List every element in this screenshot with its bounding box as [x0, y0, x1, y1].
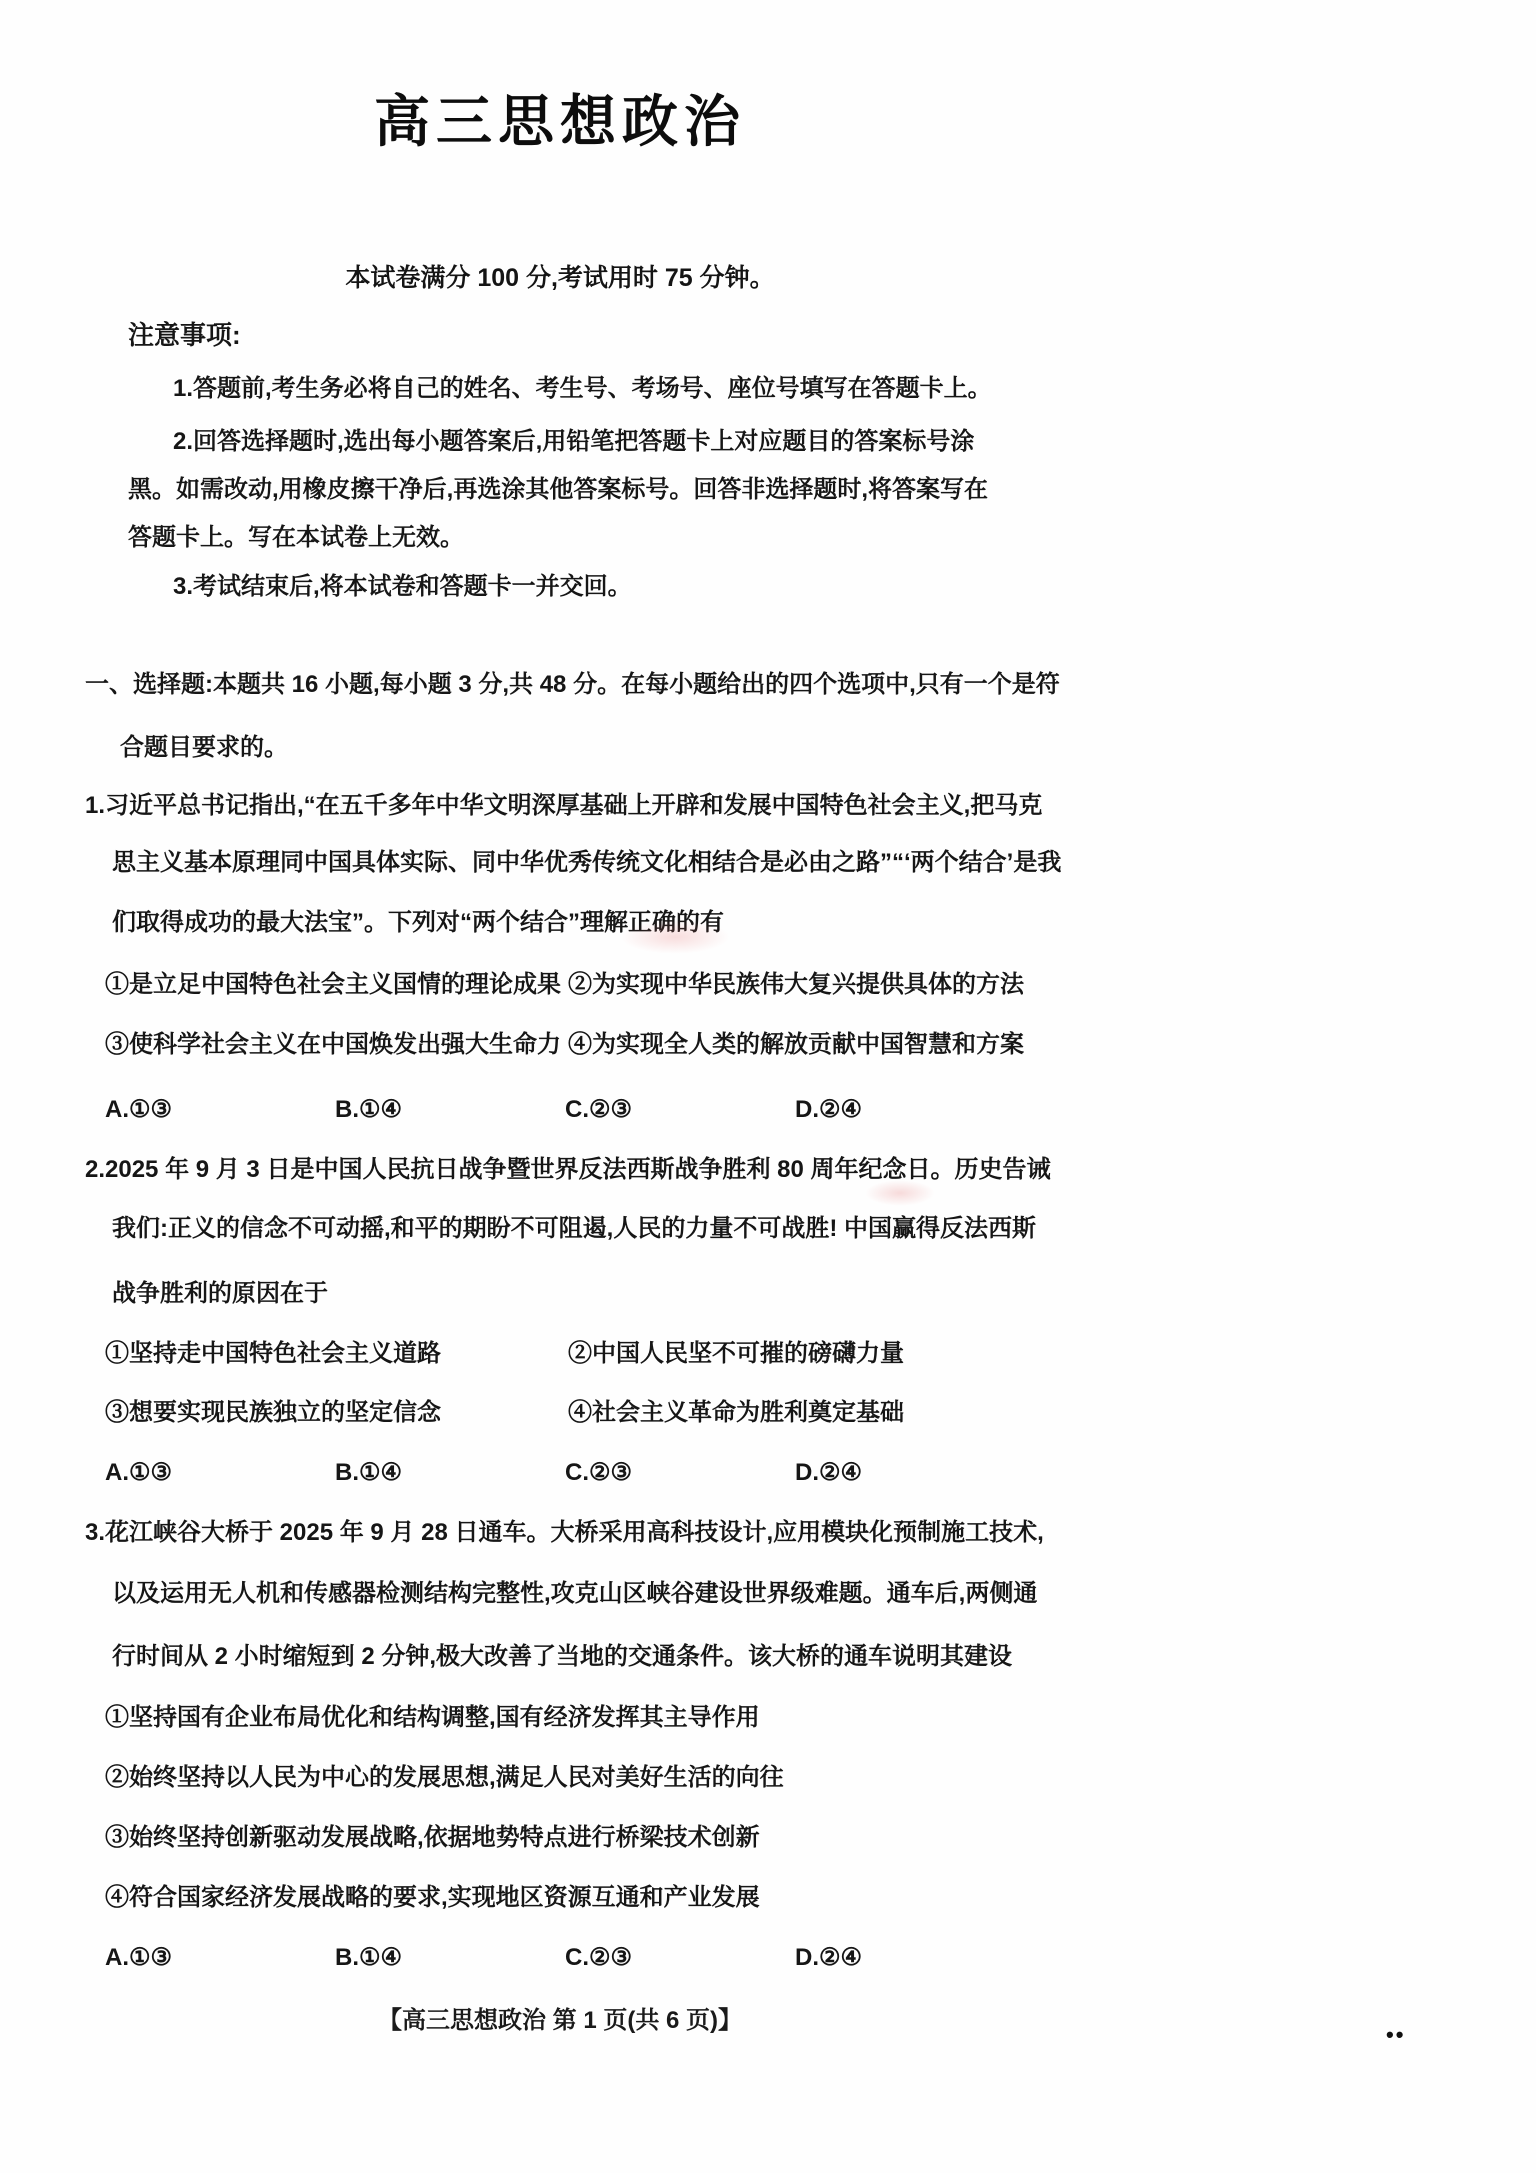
- question-2-option-3: ③想要实现民族独立的坚定信念: [105, 1396, 568, 1430]
- question-1-answer-b: B.①④: [335, 1093, 565, 1127]
- notice-heading: 注意事项:: [128, 318, 241, 352]
- question-3-stem-line-2: 以及运用无人机和传感器检测结构完整性,攻克山区峡谷建设世界级难题。通车后,两侧通: [112, 1577, 1037, 1611]
- page-footer: 【高三思想政治 第 1 页(共 6 页)】: [85, 2000, 1035, 2035]
- question-3-option-1: ①坚持国有企业布局优化和结构调整,国有经济发挥其主导作用: [105, 1701, 760, 1735]
- question-3-stem-line-1: 3.花江峡谷大桥于 2025 年 9 月 28 日通车。大桥采用高科技设计,应用…: [85, 1516, 1044, 1550]
- question-2-option-1: ①坚持走中国特色社会主义道路: [105, 1337, 568, 1371]
- section-heading-line-1: 一、选择题:本题共 16 小题,每小题 3 分,共 48 分。在每小题给出的四个…: [85, 668, 1060, 702]
- exam-title: 高三思想政治: [85, 78, 1035, 158]
- question-2-answer-row: A.①③ B.①④ C.②③ D.②④: [105, 1456, 862, 1490]
- question-2-option-2: ②中国人民坚不可摧的磅礴力量: [568, 1337, 904, 1371]
- question-1-stem-line-1: 1.习近平总书记指出,“在五千多年中华文明深厚基础上开辟和发展中国特色社会主义,…: [85, 789, 1042, 823]
- question-1-answer-a: A.①③: [105, 1093, 335, 1127]
- page-corner-mark: ••: [1386, 2022, 1405, 2048]
- question-1-option-3: ③使科学社会主义在中国焕发出强大生命力: [105, 1028, 568, 1062]
- question-1-option-4: ④为实现全人类的解放贡献中国智慧和方案: [568, 1028, 1024, 1062]
- notice-item-2-line-1: 2.回答选择题时,选出每小题答案后,用铅笔把答题卡上对应题目的答案标号涂: [173, 425, 974, 459]
- question-3-answer-row: A.①③ B.①④ C.②③ D.②④: [105, 1941, 862, 1975]
- question-3-option-3: ③始终坚持创新驱动发展战略,依据地势特点进行桥梁技术创新: [105, 1821, 760, 1855]
- question-1-option-2: ②为实现中华民族伟大复兴提供具体的方法: [568, 968, 1024, 1002]
- question-1-stem-line-3: 们取得成功的最大法宝”。下列对“两个结合”理解正确的有: [112, 906, 724, 940]
- question-3-option-4: ④符合国家经济发展战略的要求,实现地区资源互通和产业发展: [105, 1881, 760, 1915]
- question-1-answer-c: C.②③: [565, 1093, 795, 1127]
- question-2-answer-c: C.②③: [565, 1456, 795, 1490]
- question-3-option-2: ②始终坚持以人民为中心的发展思想,满足人民对美好生活的向往: [105, 1761, 784, 1795]
- question-2-answer-b: B.①④: [335, 1456, 565, 1490]
- notice-item-2-line-2: 黑。如需改动,用橡皮擦干净后,再选涂其他答案标号。回答非选择题时,将答案写在: [128, 473, 988, 507]
- notice-item-1: 1.答题前,考生务必将自己的姓名、考生号、考场号、座位号填写在答题卡上。: [173, 372, 992, 406]
- notice-item-3: 3.考试结束后,将本试卷和答题卡一并交回。: [173, 570, 632, 604]
- exam-subtitle: 本试卷满分 100 分,考试用时 75 分钟。: [85, 258, 1035, 294]
- question-1-options-row-1: ①是立足中国特色社会主义国情的理论成果 ②为实现中华民族伟大复兴提供具体的方法: [105, 968, 1024, 1002]
- question-1-stem-line-2: 思主义基本原理同中国具体实际、同中华优秀传统文化相结合是必由之路”“‘两个结合’…: [112, 846, 1061, 880]
- question-2-options-row-2: ③想要实现民族独立的坚定信念 ④社会主义革命为胜利奠定基础: [105, 1396, 904, 1430]
- question-2-answer-d: D.②④: [795, 1456, 862, 1490]
- section-heading-line-2: 合题目要求的。: [120, 731, 288, 765]
- question-2-stem-line-2: 我们:正义的信念不可动摇,和平的期盼不可阻遏,人民的力量不可战胜! 中国赢得反法…: [112, 1212, 1036, 1246]
- question-1-answer-row: A.①③ B.①④ C.②③ D.②④: [105, 1093, 862, 1127]
- question-2-option-4: ④社会主义革命为胜利奠定基础: [568, 1396, 904, 1430]
- question-2-answer-a: A.①③: [105, 1456, 335, 1490]
- question-2-stem-line-1: 2.2025 年 9 月 3 日是中国人民抗日战争暨世界反法西斯战争胜利 80 …: [85, 1153, 1050, 1187]
- question-1-answer-d: D.②④: [795, 1093, 862, 1127]
- question-3-answer-d: D.②④: [795, 1941, 862, 1975]
- question-3-answer-c: C.②③: [565, 1941, 795, 1975]
- question-3-answer-b: B.①④: [335, 1941, 565, 1975]
- question-3-answer-a: A.①③: [105, 1941, 335, 1975]
- question-3-stem-line-3: 行时间从 2 小时缩短到 2 分钟,极大改善了当地的交通条件。该大桥的通车说明其…: [112, 1640, 1012, 1674]
- question-1-options-row-2: ③使科学社会主义在中国焕发出强大生命力 ④为实现全人类的解放贡献中国智慧和方案: [105, 1028, 1024, 1062]
- question-2-stem-line-3: 战争胜利的原因在于: [112, 1277, 328, 1311]
- question-2-options-row-1: ①坚持走中国特色社会主义道路 ②中国人民坚不可摧的磅礴力量: [105, 1337, 904, 1371]
- exam-page: 高三思想政治 本试卷满分 100 分,考试用时 75 分钟。 注意事项: 1.答…: [0, 0, 1536, 2173]
- question-1-option-1: ①是立足中国特色社会主义国情的理论成果: [105, 968, 568, 1002]
- notice-item-2-line-3: 答题卡上。写在本试卷上无效。: [128, 521, 464, 555]
